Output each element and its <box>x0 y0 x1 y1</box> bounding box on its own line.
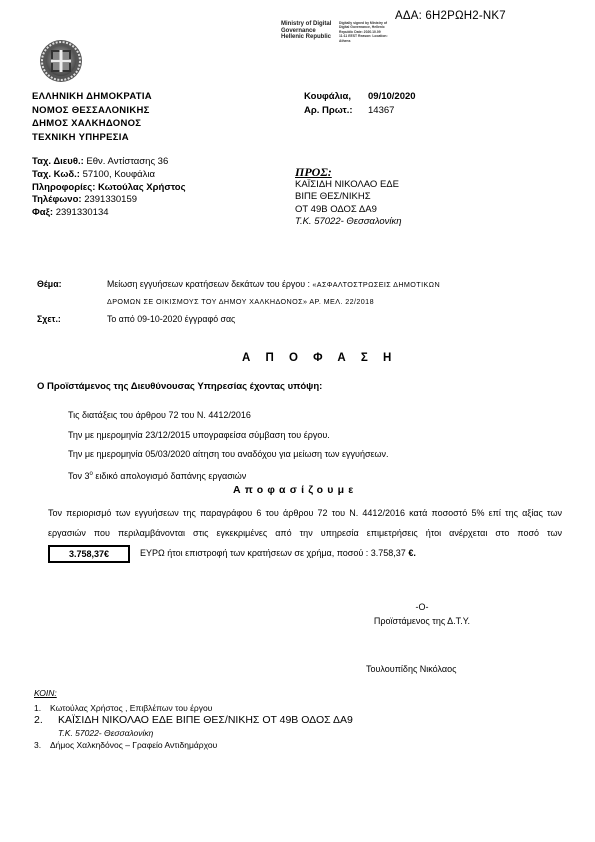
cc-item: 2.ΚΑΪΣΙΔΗ ΝΙΚΟΛΑΟ ΕΔΕ ΒΙΠΕ ΘΕΣ/ΝΙΚΗΣ ΟΤ … <box>34 714 353 727</box>
recipient-line: ΟΤ 49Β ΟΔΟΣ ΔΑ9 <box>295 204 402 217</box>
considerations-list: Τις διατάξεις του άρθρου 72 του Ν. 4412/… <box>68 406 389 486</box>
cc-item: 1.Κωτούλας Χρήστος , Επιβλέπων του έργου <box>34 702 353 714</box>
consideration-item: Την με ημερομηνία 23/12/2015 υπογραφείσα… <box>68 426 389 446</box>
org-line: ΤΕΧΝΙΚΗ ΥΠΗΡΕΣΙΑ <box>32 131 152 145</box>
contact-block: Ταχ. Διευθ.: Εθν. Αντίστασης 36 Ταχ. Κωδ… <box>32 156 186 220</box>
recipient-block: ΠΡΟΣ: ΚΑΪΣΙΔΗ ΝΙΚΟΛΑΟ ΕΔΕ ΒΙΠΕ ΘΕΣ/ΝΙΚΗΣ… <box>295 166 402 229</box>
subject-text: Μείωση εγγυήσεων κρατήσεων δεκάτων του έ… <box>107 279 310 289</box>
signature-line: Hellenic Republic <box>281 34 331 41</box>
subject-label: Θέμα: <box>37 276 107 292</box>
recipient-header: ΠΡΟΣ: <box>295 166 402 179</box>
reference-text: Το από 09-10-2020 έγγραφό σας <box>107 314 235 324</box>
greek-emblem-icon <box>39 39 83 83</box>
digital-signature-details: Digitally signed by Ministry of Digital … <box>339 21 389 43</box>
reference-label: Σχετ.: <box>37 311 107 327</box>
decision-text: Τον περιορισμό των εγγυήσεων της παραγρά… <box>48 503 562 564</box>
signer-name: Τουλουπίδης Νικόλαος <box>366 664 456 674</box>
amount-box: 3.758,37€ <box>48 545 130 563</box>
organization-header: ΕΛΛΗΝΙΚΗ ΔΗΜΟΚΡΑΤΙΑ ΝΟΜΟΣ ΘΕΣΣΑΛΟΝΙΚΗΣ Δ… <box>32 90 152 144</box>
address-value: Εθν. Αντίστασης 36 <box>86 156 168 167</box>
digital-signature-issuer: Ministry of Digital Governance Hellenic … <box>281 21 331 41</box>
subject-project-cont: ΔΡΟΜΩΝ ΣΕ ΟΙΚΙΣΜΟΥΣ ΤΟΥ ΔΗΜΟΥ ΧΑΛΚΗΔΟΝΟΣ… <box>107 297 374 306</box>
info-label: Πληροφορίες: <box>32 182 95 193</box>
postal-label: Ταχ. Κωδ.: <box>32 169 80 180</box>
phone-value: 2391330159 <box>84 194 137 205</box>
signature-block: -Ο- Προϊστάμενος της Δ.Τ.Υ. <box>340 600 504 628</box>
signature-o: -Ο- <box>340 600 504 614</box>
consideration-item: Την με ημερομηνία 05/03/2020 αίτηση του … <box>68 445 389 465</box>
org-line: ΔΗΜΟΣ ΧΑΛΚΗΔΟΝΟΣ <box>32 117 152 131</box>
recipient-line: ΒΙΠΕ ΘΕΣ/ΝΙΚΗΣ <box>295 191 402 204</box>
protocol-label: Αρ. Πρωτ.: <box>304 104 368 118</box>
euro-sign: €. <box>408 548 416 558</box>
document-date: 09/10/2020 <box>368 90 416 104</box>
ada-code: ΑΔΑ: 6Η2ΡΩΗ2-ΝΚ7 <box>395 10 506 22</box>
postal-value: 57100, Κουφάλια <box>83 169 155 180</box>
subject-block: Θέμα:Μείωση εγγυήσεων κρατήσεων δεκάτων … <box>37 276 440 327</box>
decision-part-2: ΕΥΡΩ ήτοι επιστροφή των κρατήσεων σε χρή… <box>140 548 406 558</box>
we-decide-heading: Αποφασίζουμε <box>233 484 357 496</box>
cc-item: 3.Δήμος Χαλκηδόνος – Γραφείο Αντιδημάρχο… <box>34 739 353 751</box>
cc-item-sub: Τ.Κ. 57022- Θεσσαλονίκη <box>34 727 353 739</box>
subject-project: «ΑΣΦΑΛΤΟΣΤΡΩΣΕΙΣ ΔΗΜΟΤΙΚΩΝ <box>312 280 440 289</box>
date-protocol-block: Κουφάλια,09/10/2020 Αρ. Πρωτ.:14367 <box>304 90 416 118</box>
recipient-line: ΚΑΪΣΙΔΗ ΝΙΚΟΛΑΟ ΕΔΕ <box>295 179 402 192</box>
cc-list: 1.Κωτούλας Χρήστος , Επιβλέπων του έργου… <box>34 702 353 751</box>
signature-title: Προϊστάμενος της Δ.Τ.Υ. <box>340 614 504 628</box>
decision-part-1: Τον περιορισμό των εγγυήσεων της παραγρά… <box>48 508 562 538</box>
place-label: Κουφάλια, <box>304 90 368 104</box>
decision-intro: Ο Προϊστάμενος της Διευθύνουσας Υπηρεσία… <box>37 381 322 392</box>
info-value: Κωτούλας Χρήστος <box>98 182 186 193</box>
protocol-number: 14367 <box>368 105 394 116</box>
signature-line: Ministry of Digital <box>281 21 331 28</box>
recipient-line: Τ.Κ. 57022- Θεσσαλονίκη <box>295 216 402 229</box>
fax-value: 2391330134 <box>56 207 109 218</box>
fax-label: Φαξ: <box>32 207 53 218</box>
cc-label: ΚΟΙΝ: <box>34 688 57 698</box>
decision-title: Α Π Ο Φ Α Σ Η <box>242 352 397 364</box>
consideration-item: Τις διατάξεις του άρθρου 72 του Ν. 4412/… <box>68 406 389 426</box>
address-label: Ταχ. Διευθ.: <box>32 156 84 167</box>
signature-line: Governance <box>281 28 331 35</box>
phone-label: Τηλέφωνο: <box>32 194 82 205</box>
org-line: ΝΟΜΟΣ ΘΕΣΣΑΛΟΝΙΚΗΣ <box>32 104 152 118</box>
org-line: ΕΛΛΗΝΙΚΗ ΔΗΜΟΚΡΑΤΙΑ <box>32 90 152 104</box>
